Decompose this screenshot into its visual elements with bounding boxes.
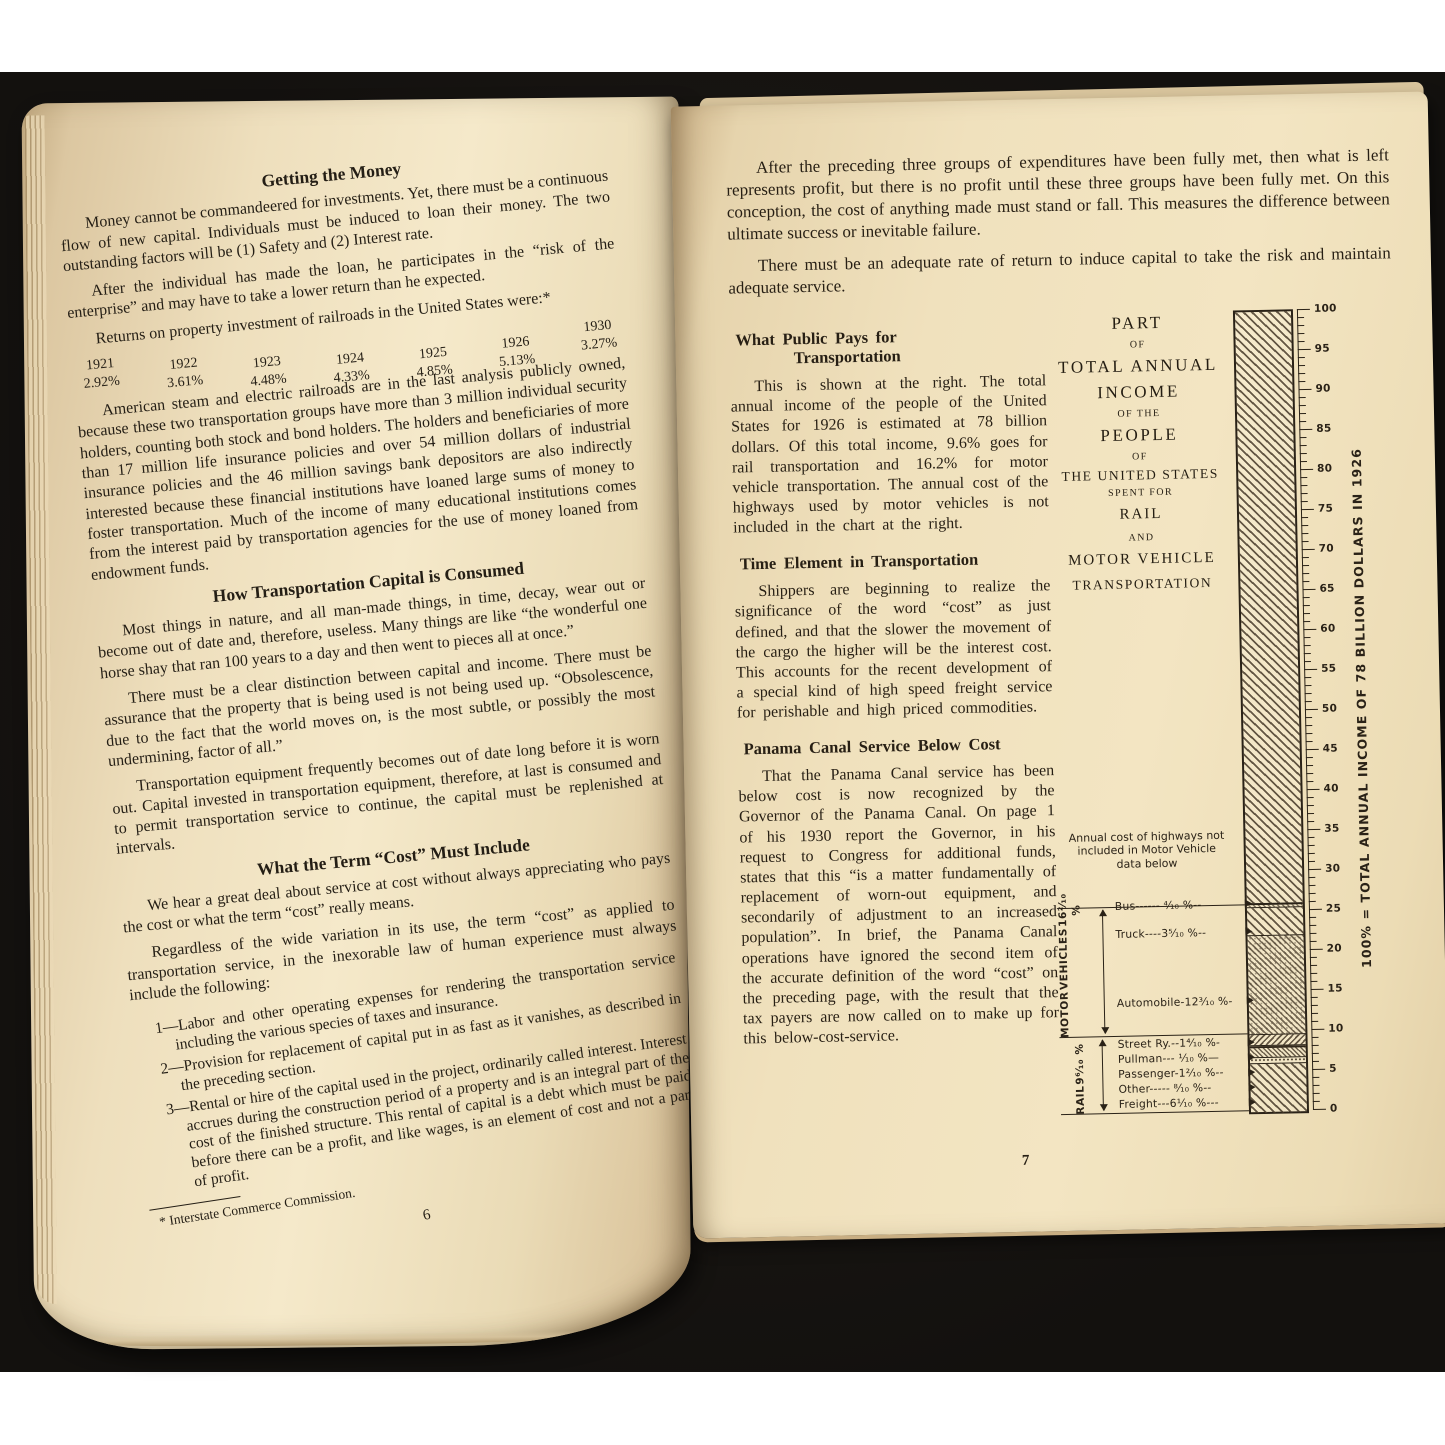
axis-minor-tick xyxy=(1312,1036,1319,1037)
left-page-content: Getting the Money Money cannot be comman… xyxy=(21,97,691,1266)
axis-minor-tick xyxy=(1306,741,1313,742)
group-label-text: VEHICLES xyxy=(1057,928,1086,990)
group-label-text: RAIL xyxy=(1074,1085,1088,1114)
bar-segment-automobile xyxy=(1247,936,1305,1035)
axis-minor-tick xyxy=(1301,493,1308,494)
income-bar-chart: PARTOFTOTAL ANNUALINCOMEOF THEPEOPLEOFTH… xyxy=(1045,301,1409,1138)
axis-major-tick: 15 xyxy=(1311,988,1324,989)
bar-segment-freight xyxy=(1250,1064,1307,1114)
chart-note: Annual cost of highways not included in … xyxy=(1063,828,1230,873)
label-truck: Truck----3⁵⁄₁₀ %-- xyxy=(1115,925,1243,942)
intro-paragraphs: After the preceding three groups of expe… xyxy=(726,144,1392,300)
chart-title-line: RAIL xyxy=(1049,504,1233,527)
axis-minor-tick xyxy=(1299,421,1306,422)
axis-minor-tick xyxy=(1301,525,1308,526)
chart-title-line: OF xyxy=(1048,448,1232,465)
axis-minor-tick xyxy=(1300,485,1307,486)
axis-minor-tick xyxy=(1304,685,1311,686)
axis-minor-tick xyxy=(1306,765,1313,766)
axis-major-tick: 35 xyxy=(1307,828,1320,829)
axis-minor-tick xyxy=(1304,653,1311,654)
two-column-area: What Public Pays for Transportation This… xyxy=(729,301,1409,1144)
returns-cell: 19234.48% xyxy=(248,353,287,391)
chart-title-line: AND xyxy=(1049,529,1233,546)
label-bus: Bus------ ⁴⁄₁₀ %-- xyxy=(1115,897,1243,914)
label-pullman: Pullman--- ¹⁄₁₀ %— xyxy=(1118,1050,1246,1067)
group-label-text: MOTOR xyxy=(1059,991,1087,1038)
axis-major-tick: 40 xyxy=(1307,788,1320,789)
axis-minor-tick xyxy=(1302,541,1309,542)
bar-segment-other-income xyxy=(1235,311,1303,906)
axis-major-tick: 70 xyxy=(1302,548,1315,549)
axis-minor-tick xyxy=(1311,1004,1318,1005)
paragraph: There must be an adequate rate of return… xyxy=(728,243,1392,300)
axis-minor-tick xyxy=(1305,725,1312,726)
section-heading-time-element: Time Element in Transportation xyxy=(740,549,1050,575)
motor-vehicles-bracket-arrow xyxy=(1102,910,1105,1033)
axis-minor-tick xyxy=(1301,533,1308,534)
axis-tick-label: 20 xyxy=(1327,942,1342,956)
paragraph: That the Panama Canal service has been b… xyxy=(738,761,1060,1049)
axis-minor-tick xyxy=(1312,1060,1319,1061)
axis-minor-tick xyxy=(1305,717,1312,718)
section-heading-panama-canal: Panama Canal Service Below Cost xyxy=(743,733,1053,759)
axis-tick-label: 75 xyxy=(1318,502,1333,516)
axis-major-tick: 55 xyxy=(1304,668,1317,669)
axis-minor-tick xyxy=(1312,1052,1319,1053)
axis-minor-tick xyxy=(1306,757,1313,758)
paragraph: This is shown at the right. The total an… xyxy=(730,371,1049,539)
axis-minor-tick xyxy=(1308,876,1315,877)
axis-major-tick: 30 xyxy=(1308,868,1321,869)
axis-major-tick: 5 xyxy=(1312,1068,1325,1069)
axis-minor-tick xyxy=(1313,1100,1320,1101)
axis-minor-tick xyxy=(1303,597,1310,598)
axis-tick-label: 55 xyxy=(1321,662,1336,676)
axis-tick-label: 95 xyxy=(1315,342,1330,356)
label-passenger: Passenger-1²⁄₁₀ %-- xyxy=(1118,1065,1246,1082)
axis-major-tick: 0 xyxy=(1313,1108,1326,1109)
axis-major-tick: 75 xyxy=(1301,508,1314,509)
axis-tick-label: 80 xyxy=(1317,462,1332,476)
axis-minor-tick xyxy=(1300,445,1307,446)
axis-minor-tick xyxy=(1299,437,1306,438)
axis-minor-tick xyxy=(1305,693,1312,694)
axis-minor-tick xyxy=(1297,317,1304,318)
chart-title-line: THE UNITED STATES xyxy=(1048,464,1232,485)
axis-minor-tick xyxy=(1308,860,1315,861)
paragraph: After the preceding three groups of expe… xyxy=(726,144,1391,246)
axis-tick-label: 65 xyxy=(1319,582,1334,596)
axis-tick-label: 10 xyxy=(1328,1022,1343,1036)
axis-minor-tick xyxy=(1303,605,1310,606)
page-number-right: 7 xyxy=(1022,1152,1030,1172)
heading-line: What Public Pays for xyxy=(735,327,897,349)
axis-minor-tick xyxy=(1302,581,1309,582)
axis-minor-tick xyxy=(1311,996,1318,997)
section-heading-public-pays: What Public Pays for Transportation xyxy=(735,324,1046,370)
axis-minor-tick xyxy=(1309,900,1316,901)
axis-minor-tick xyxy=(1302,557,1309,558)
axis-minor-tick xyxy=(1307,813,1314,814)
rail-group-label: RAIL 9⁶⁄₁₀ % xyxy=(1073,1037,1088,1114)
axis-minor-tick xyxy=(1305,701,1312,702)
axis-minor-tick xyxy=(1303,613,1310,614)
axis-minor-tick xyxy=(1312,1084,1319,1085)
axis-tick-label: 85 xyxy=(1316,422,1331,436)
axis-minor-tick xyxy=(1304,661,1311,662)
axis-tick-label: 40 xyxy=(1323,782,1338,796)
axis-minor-tick xyxy=(1300,461,1307,462)
axis-minor-tick xyxy=(1305,733,1312,734)
axis-minor-tick xyxy=(1309,892,1316,893)
axis-major-tick: 45 xyxy=(1306,748,1319,749)
axis-major-tick: 20 xyxy=(1310,948,1323,949)
axis-major-tick: 50 xyxy=(1305,708,1318,709)
chart-column: PARTOFTOTAL ANNUALINCOMEOF THEPEOPLEOFTH… xyxy=(1045,301,1409,1138)
axis-minor-tick xyxy=(1301,517,1308,518)
returns-cell: 19244.33% xyxy=(331,349,370,387)
returns-cell: 19212.92% xyxy=(81,355,120,393)
axis-tick-label: 15 xyxy=(1327,982,1342,996)
axis-minor-tick xyxy=(1304,645,1311,646)
rail-bracket-arrow xyxy=(1102,1040,1104,1110)
axis-tick-label: 50 xyxy=(1322,702,1337,716)
axis-minor-tick xyxy=(1297,325,1304,326)
axis-tick-label: 60 xyxy=(1320,622,1335,636)
axis-tick-label: 35 xyxy=(1324,822,1339,836)
axis-major-tick: 95 xyxy=(1298,348,1311,349)
axis-minor-tick xyxy=(1302,573,1309,574)
axis-major-tick: 65 xyxy=(1303,588,1316,589)
right-page: After the preceding three groups of expe… xyxy=(671,92,1445,1239)
axis-minor-tick xyxy=(1298,341,1305,342)
axis-minor-tick xyxy=(1304,677,1311,678)
axis-minor-tick xyxy=(1307,805,1314,806)
axis-minor-tick xyxy=(1312,1076,1319,1077)
axis-major-tick: 90 xyxy=(1299,388,1312,389)
axis-minor-tick xyxy=(1308,852,1315,853)
axis-minor-tick xyxy=(1299,397,1306,398)
group-label-pct: 9⁶⁄₁₀ % xyxy=(1074,1043,1088,1084)
returns-cell: 19254.85% xyxy=(414,344,453,382)
chart-title-line: TOTAL ANNUAL xyxy=(1046,353,1230,379)
chart-title-line: OF xyxy=(1045,336,1229,353)
axis-minor-tick xyxy=(1307,836,1314,837)
axis-major-tick: 85 xyxy=(1299,428,1312,429)
chart-title-line: OF THE xyxy=(1047,405,1231,422)
axis-minor-tick xyxy=(1306,781,1313,782)
axis-minor-tick xyxy=(1307,797,1314,798)
axis-minor-tick xyxy=(1306,773,1313,774)
left-page: Getting the Money Money cannot be comman… xyxy=(21,97,691,1351)
axis-minor-tick xyxy=(1297,333,1304,334)
axis-minor-tick xyxy=(1308,884,1315,885)
axis-major-tick: 100 xyxy=(1297,308,1310,309)
chart-title-line: MOTOR VEHICLE xyxy=(1050,548,1234,571)
chart-title-line: PEOPLE xyxy=(1047,422,1231,448)
axis-tick-label: 30 xyxy=(1325,862,1340,876)
axis-minor-tick xyxy=(1298,357,1305,358)
group-label-pct: 16²⁄₁₀ % xyxy=(1057,893,1085,927)
axis-major-tick: 25 xyxy=(1309,908,1322,909)
axis-minor-tick xyxy=(1312,1044,1319,1045)
axis-tick-label: 5 xyxy=(1329,1062,1337,1076)
paragraph: Shippers are beginning to realize the si… xyxy=(734,576,1053,723)
returns-cell: 19223.61% xyxy=(165,354,204,392)
chart-title-line: PART xyxy=(1045,310,1229,336)
axis-tick-label: 100 xyxy=(1314,302,1337,316)
right-page-content: After the preceding three groups of expe… xyxy=(671,92,1445,1146)
axis-tick-label: 0 xyxy=(1330,1102,1338,1116)
axis-minor-tick xyxy=(1298,381,1305,382)
axis-minor-tick xyxy=(1310,964,1317,965)
label-freight: Freight---6¹⁄₁₀ %--- xyxy=(1119,1095,1247,1112)
chart-title-line: TRANSPORTATION xyxy=(1050,574,1234,595)
label-other-rail: Other----- ⁸⁄₁₀ %-- xyxy=(1118,1080,1246,1097)
axis-minor-tick xyxy=(1311,1020,1318,1021)
axis-minor-tick xyxy=(1313,1092,1320,1093)
chart-title-line: INCOME xyxy=(1046,379,1230,405)
axis-minor-tick xyxy=(1310,980,1317,981)
axis-minor-tick xyxy=(1302,565,1309,566)
axis-minor-tick xyxy=(1299,405,1306,406)
axis-minor-tick xyxy=(1308,844,1315,845)
chart-title: PARTOFTOTAL ANNUALINCOMEOF THEPEOPLEOFTH… xyxy=(1045,306,1235,598)
axis-tick-label: 70 xyxy=(1319,542,1334,556)
axis-minor-tick xyxy=(1300,477,1307,478)
axis-major-tick: 60 xyxy=(1303,628,1316,629)
label-automobile: Automobile-12³⁄₁₀ %- xyxy=(1117,994,1245,1011)
bar-segment-truck xyxy=(1247,908,1304,937)
axis-minor-tick xyxy=(1309,932,1316,933)
axis-minor-tick xyxy=(1301,501,1308,502)
returns-cell: 19265.13% xyxy=(497,333,536,371)
axis-minor-tick xyxy=(1303,621,1310,622)
axis-minor-tick xyxy=(1298,365,1305,366)
axis-minor-tick xyxy=(1303,637,1310,638)
axis-minor-tick xyxy=(1309,916,1316,917)
axis-minor-tick xyxy=(1311,1012,1318,1013)
axis-minor-tick xyxy=(1310,972,1317,973)
axis-minor-tick xyxy=(1310,956,1317,957)
paragraph: American steam and electric railroads ar… xyxy=(76,354,641,586)
label-street-railway: Street Ry.--1⁴⁄₁₀ %- xyxy=(1117,1035,1245,1052)
axis-major-tick: 80 xyxy=(1300,468,1313,469)
left-text-column: What Public Pays for Transportation This… xyxy=(729,308,1062,1144)
axis-tick-label: 45 xyxy=(1323,742,1338,756)
chart-title-line: SPENT FOR xyxy=(1048,485,1232,502)
axis-minor-tick xyxy=(1309,924,1316,925)
motor-vehicles-group-label: MOTOR VEHICLES 16²⁄₁₀ % xyxy=(1057,905,1087,1038)
axis-minor-tick xyxy=(1310,940,1317,941)
axis-minor-tick xyxy=(1298,373,1305,374)
axis-tick-label: 90 xyxy=(1315,382,1330,396)
axis-minor-tick xyxy=(1307,821,1314,822)
returns-cell: 19303.27% xyxy=(579,317,618,355)
axis-major-tick: 10 xyxy=(1311,1028,1324,1029)
axis-minor-tick xyxy=(1299,413,1306,414)
axis-minor-tick xyxy=(1300,453,1307,454)
axis-tick-label: 25 xyxy=(1326,902,1341,916)
